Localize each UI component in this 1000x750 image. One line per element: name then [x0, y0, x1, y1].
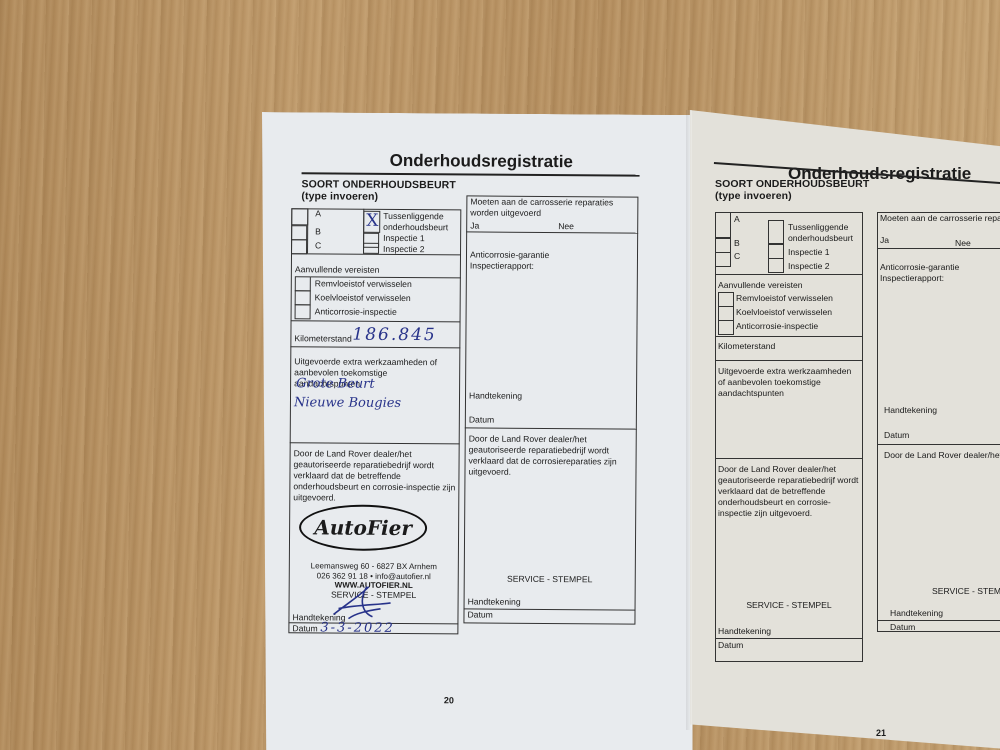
type-b-label: B — [734, 238, 740, 249]
rc-bottom-date-label: Datum — [467, 609, 492, 620]
type-a-label: A — [734, 214, 740, 225]
checkbox-brake-fluid[interactable] — [295, 276, 311, 291]
coolant-label: Koelvloeistof verwisselen — [315, 292, 411, 304]
dealer-statement: Door de Land Rover dealer/het geautorise… — [718, 464, 860, 519]
rc-signature-label: Handtekening — [469, 390, 522, 401]
page-21: Onderhoudsregistratie SOORT ONDERHOUDSBE… — [690, 110, 1000, 750]
title-rule — [302, 172, 640, 176]
inspection-2-label: Inspectie 2 — [788, 261, 830, 272]
yes-label[interactable]: Ja — [880, 235, 889, 246]
odometer-value[interactable]: 186.845 — [352, 325, 436, 346]
inspection-1-label: Inspectie 1 — [383, 233, 425, 244]
intermediate-service-label: Tussenliggende onderhoudsbeurt — [383, 211, 453, 233]
rc-signature-label: Handtekening — [884, 405, 937, 416]
checkbox-intermediate-service[interactable]: X — [363, 211, 380, 233]
checkbox-anticorrosion[interactable] — [718, 320, 734, 335]
checkbox-type-a[interactable] — [715, 212, 731, 238]
extra-work-line-2[interactable]: Nieuwe Bougies — [294, 395, 401, 411]
checkbox-inspection-2[interactable] — [363, 243, 379, 254]
section-subheading: (type invoeren) — [715, 190, 792, 203]
checkbox-anticorrosion[interactable] — [295, 304, 311, 319]
divider — [715, 360, 863, 361]
anticorrosion-report-label: Anticorrosie-garantie Inspectierapport: — [470, 249, 580, 272]
checkbox-coolant[interactable] — [718, 306, 734, 321]
no-label[interactable]: Nee — [558, 221, 574, 232]
autofier-logo: AutoFier — [299, 504, 427, 551]
checkbox-brake-fluid[interactable] — [718, 292, 734, 307]
divider — [715, 336, 863, 337]
checkbox-type-c[interactable] — [715, 252, 731, 267]
divider — [715, 458, 863, 459]
divider — [877, 248, 1000, 249]
checkbox-type-c[interactable] — [291, 239, 307, 254]
rc-service-stamp-label: SERVICE - STEMPEL — [464, 573, 636, 585]
extra-work-label: Uitgevoerde extra werkzaamheden of aanbe… — [718, 366, 858, 399]
rc-date-label: Datum — [884, 430, 909, 441]
checkbox-intermediate-service[interactable] — [768, 220, 784, 244]
intermediate-service-label: Tussenliggende onderhoudsbeurt — [788, 222, 860, 244]
checkmark-x: X — [366, 211, 378, 231]
brake-fluid-label: Remvloeistof verwisselen — [736, 293, 833, 304]
inspection-1-label: Inspectie 1 — [788, 247, 830, 258]
brake-fluid-label: Remvloeistof verwisselen — [315, 278, 412, 290]
type-b-label: B — [315, 226, 321, 237]
type-c-label: C — [734, 251, 740, 262]
type-c-label: C — [315, 240, 321, 251]
rc-bottom-date-label: Datum — [890, 622, 915, 633]
checkbox-type-b[interactable] — [291, 225, 307, 240]
date-label: Datum — [292, 623, 317, 634]
odometer-label: Kilometerstand — [294, 333, 351, 344]
section-subheading: (type invoeren) — [301, 190, 378, 204]
rc-bottom-signature-label: Handtekening — [890, 608, 943, 619]
page-title: Onderhoudsregistratie — [390, 151, 573, 172]
anticorrosion-label: Anticorrosie-inspectie — [315, 306, 397, 318]
date-label: Datum — [718, 640, 743, 651]
checkbox-inspection-1[interactable] — [768, 244, 784, 259]
checkbox-coolant[interactable] — [295, 290, 311, 305]
service-stamp-label: SERVICE - STEMPEL — [715, 600, 863, 611]
checkbox-type-b[interactable] — [715, 238, 731, 253]
page-20: Onderhoudsregistratie SOORT ONDERHOUDSBE… — [258, 112, 697, 750]
rc-dealer-statement: Door de Land Rover dealer/het geautorise… — [468, 433, 634, 478]
checkbox-type-a[interactable] — [291, 208, 308, 225]
divider — [877, 444, 1000, 445]
page-number: 21 — [876, 728, 886, 738]
yes-label[interactable]: Ja — [470, 220, 479, 231]
page-fold — [686, 110, 692, 730]
date-value[interactable]: 3-3-2022 — [320, 620, 395, 636]
bodywork-question: Moeten aan de carrosserie reparaties wor… — [470, 196, 636, 219]
additional-requirements-label: Aanvullende vereisten — [295, 264, 380, 276]
bodywork-question: Moeten aan de carrosserie reparaties wor… — [880, 213, 1000, 224]
checkbox-inspection-2[interactable] — [768, 258, 784, 273]
logo-text: AutoFier — [314, 515, 412, 540]
coolant-label: Koelvloeistof verwisselen — [736, 307, 832, 318]
odometer-label: Kilometerstand — [718, 341, 775, 352]
page-number: 20 — [444, 695, 454, 705]
additional-requirements-label: Aanvullende vereisten — [718, 280, 803, 291]
dealer-statement: Door de Land Rover dealer/het geautorise… — [293, 448, 455, 504]
rc-date-label: Datum — [469, 414, 494, 425]
extra-work-line-1[interactable]: Grote Beurt — [296, 376, 375, 392]
type-a-label: A — [315, 208, 321, 219]
rc-bottom-signature-label: Handtekening — [468, 596, 521, 607]
rc-service-stamp-label: SERVICE - STEMPEL — [932, 586, 1000, 597]
divider — [877, 620, 1000, 621]
anticorrosion-label: Anticorrosie-inspectie — [736, 321, 818, 332]
divider — [715, 638, 863, 639]
divider — [715, 274, 863, 275]
anticorrosion-report-label: Anticorrosie-garantie Inspectierapport: — [880, 262, 990, 284]
signature-label: Handtekening — [718, 626, 771, 637]
rc-dealer-statement: Door de Land Rover dealer/het geautorise… — [884, 450, 1000, 461]
